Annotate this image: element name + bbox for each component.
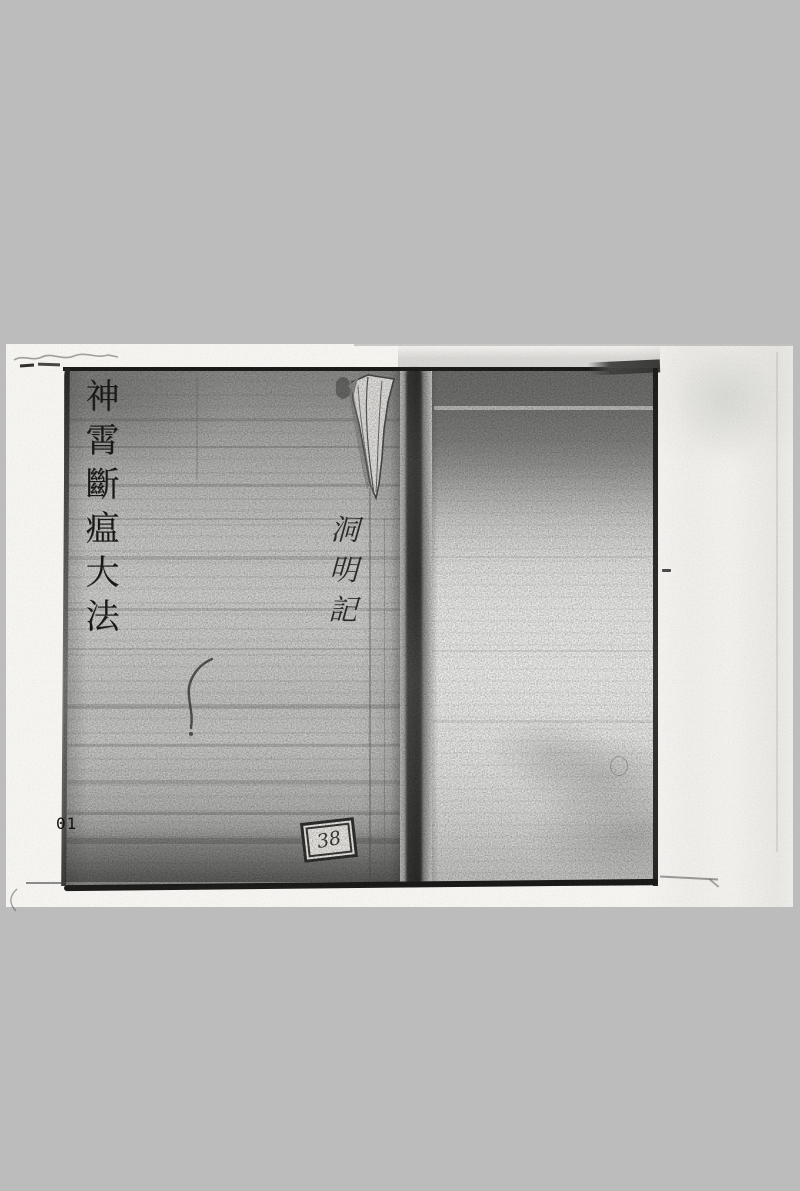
binding-knot <box>336 370 412 504</box>
page-label-text: 38 <box>315 827 343 853</box>
fold-crease <box>369 488 371 886</box>
pencil-line-bottom-left <box>26 882 66 884</box>
copy-streak <box>64 704 400 709</box>
cover-title-vertical: 神霄斷瘟大法 <box>70 378 116 650</box>
copy-light-streak <box>434 406 656 410</box>
fold-crease <box>384 518 385 886</box>
book-cover-spread: 神霄斷瘟大法 洞明記 38 <box>64 368 658 886</box>
copy-streak <box>64 744 400 747</box>
inscription-vertical: 洞明記 <box>310 513 357 644</box>
scratch-mark <box>180 656 224 740</box>
photocopy-scan-page: 神霄斷瘟大法 洞明記 38 01 <box>0 0 800 1191</box>
margin-number: 01 <box>56 814 77 833</box>
paper-curl-mark <box>6 888 22 914</box>
copy-streak <box>64 812 400 815</box>
stain-ring <box>610 756 628 776</box>
dash-mark <box>662 569 671 572</box>
copy-streak <box>432 650 658 652</box>
book-right-edge <box>653 368 658 886</box>
right-first-page <box>432 368 658 886</box>
backing-paper-smudge <box>661 349 791 499</box>
scanned-sheet: 神霄斷瘟大法 洞明記 38 01 <box>6 344 793 907</box>
copy-streak <box>64 780 400 784</box>
copy-streak <box>432 720 658 723</box>
paper-crease <box>196 376 198 480</box>
copy-streak <box>432 556 658 558</box>
pencil-squiggle <box>12 348 122 366</box>
pasted-number-label: 38 <box>300 817 358 863</box>
